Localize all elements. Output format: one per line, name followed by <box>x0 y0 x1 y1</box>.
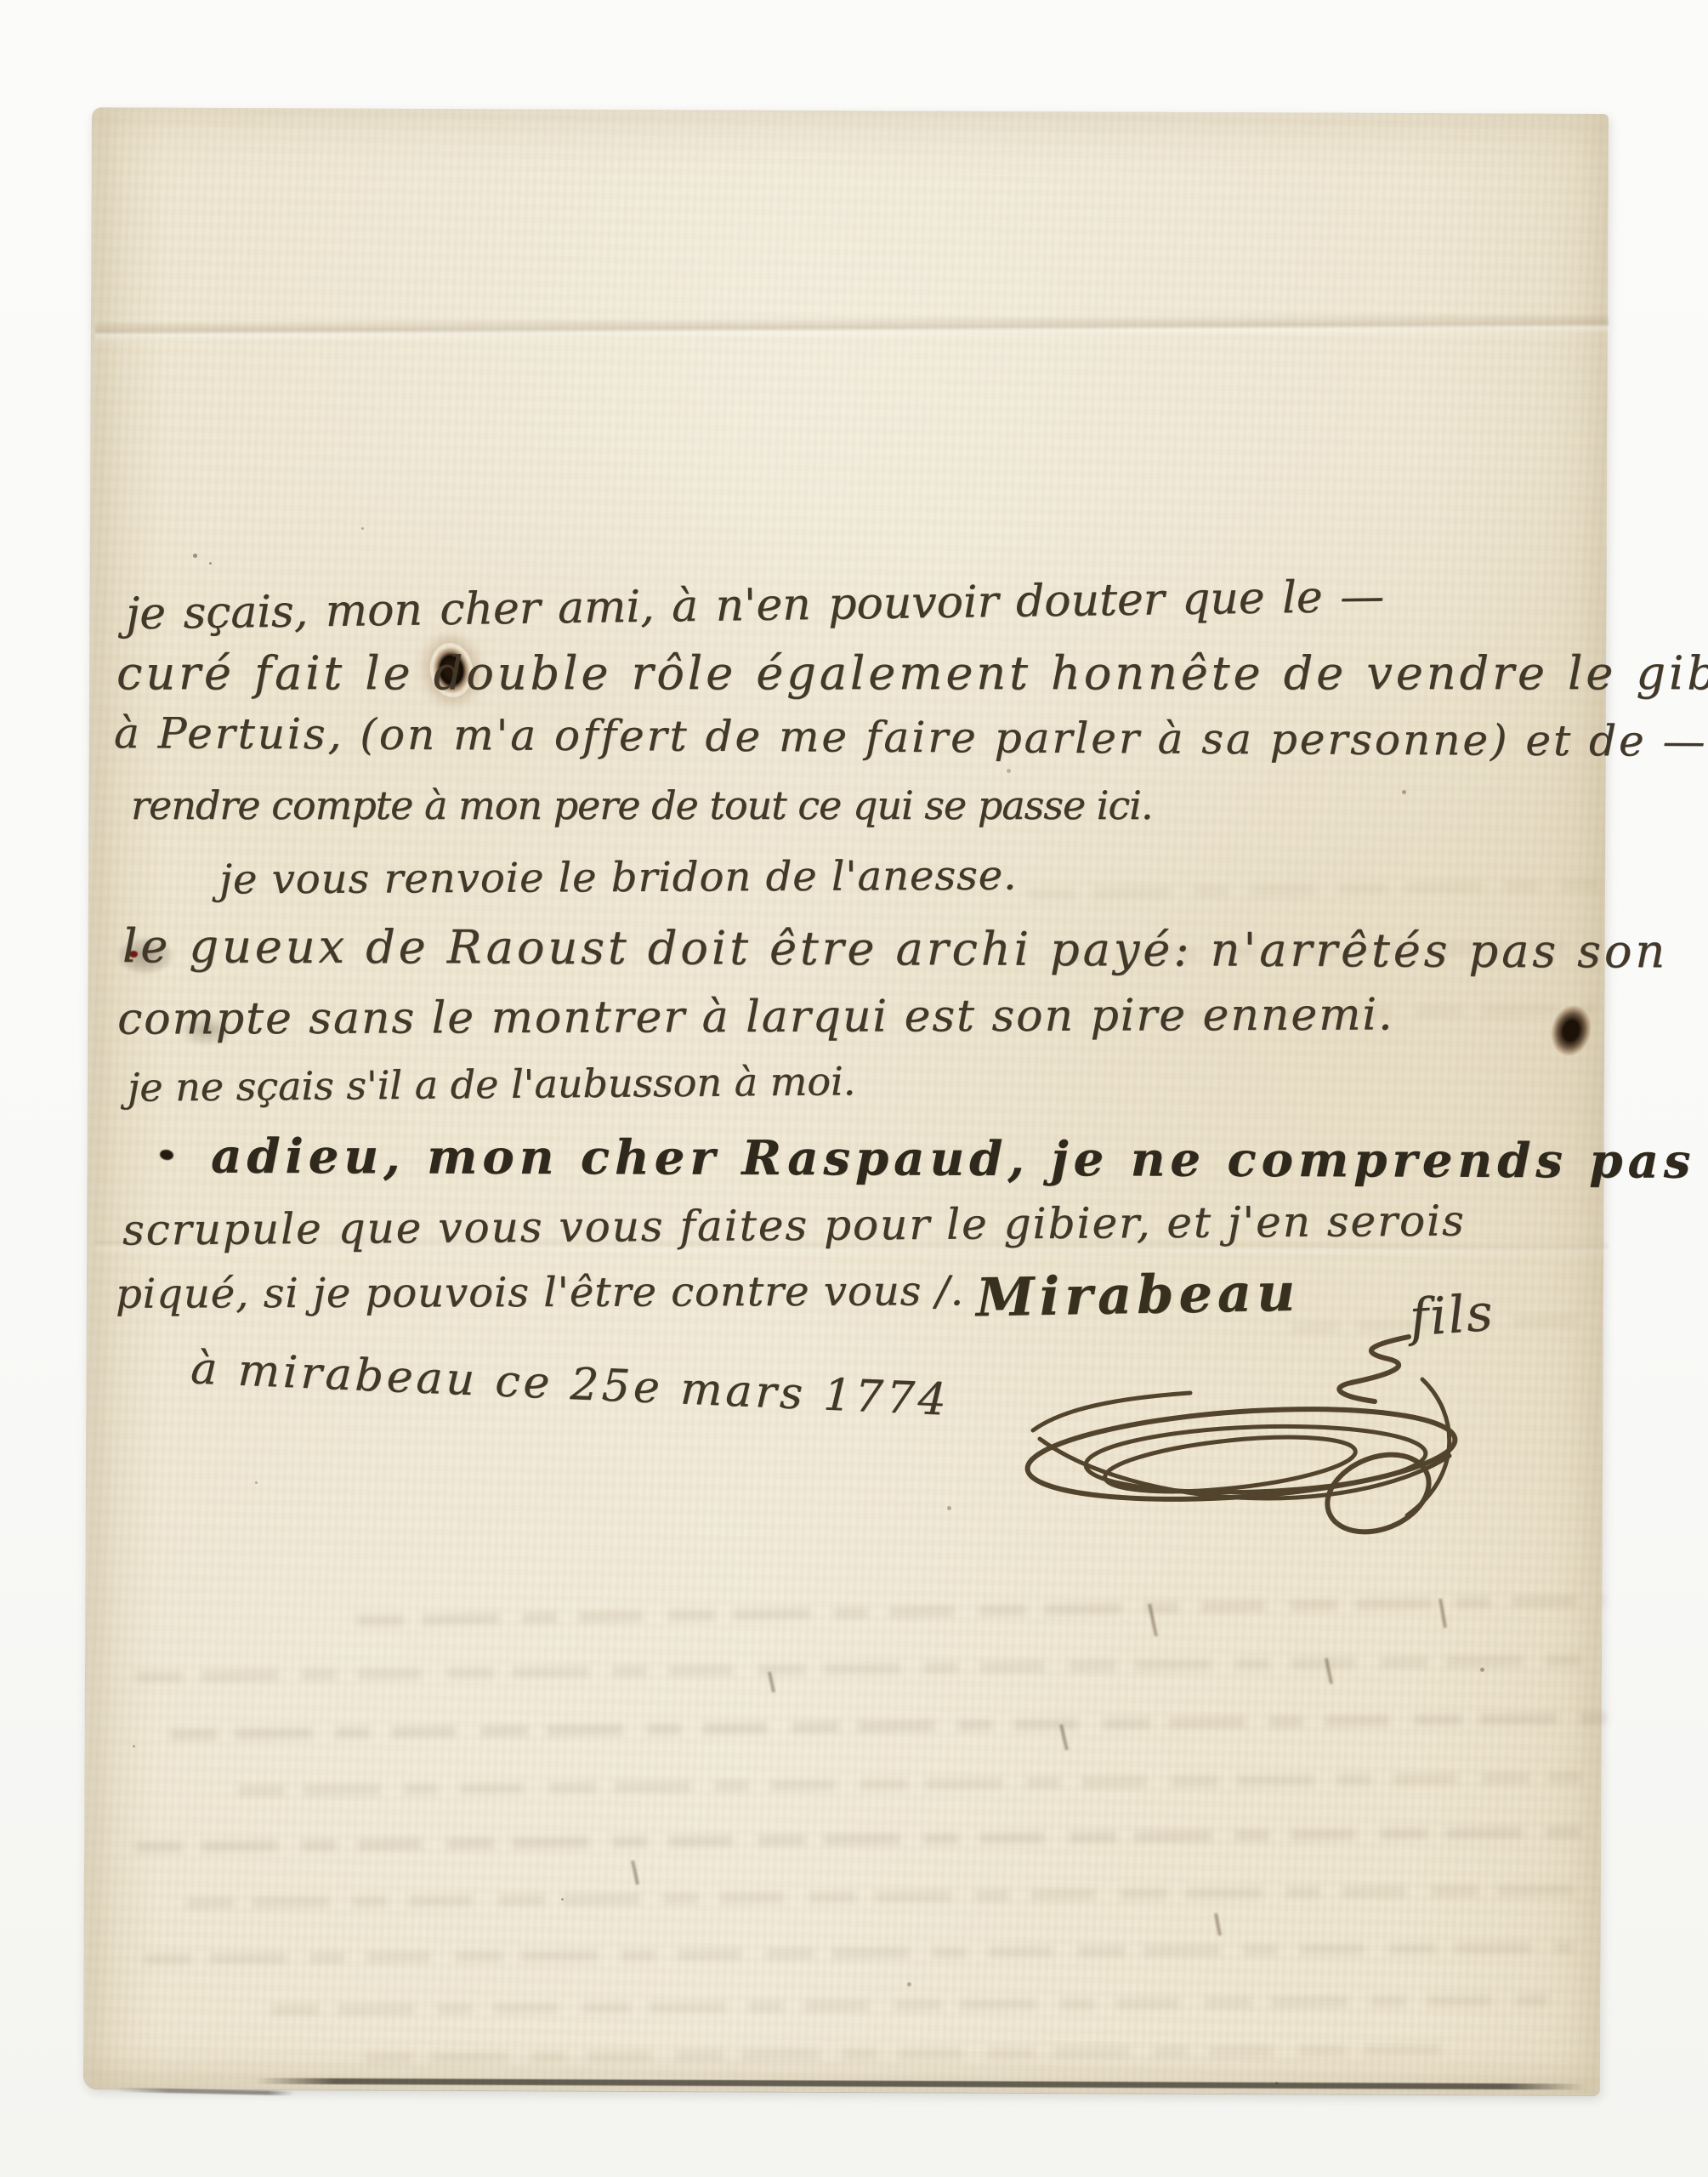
manuscript-line: piqué, si je pouvois l'être contre vous … <box>116 1267 964 1317</box>
signature-suffix: fils <box>1408 1283 1496 1349</box>
manuscript-line: rendre compte à mon pere de tout ce qui … <box>131 782 1153 828</box>
manuscript-line: scrupule que vous vous faites pour le gi… <box>122 1196 1466 1254</box>
manuscript-line: curé fait le double rôle également honnê… <box>116 646 1708 700</box>
signature-name: Mirabeau <box>975 1261 1300 1329</box>
manuscript-line: je ne sçais s'il a de l'aubusson à moi. <box>128 1058 856 1110</box>
manuscript-line: compte sans le montrer à larqui est son … <box>117 989 1394 1044</box>
manuscript-line: à Pertuis, (on m'a offert de me faire pa… <box>114 708 1708 766</box>
scanned-letter-image: je sçais, mon cher ami, à n'en pouvoir d… <box>0 0 1708 2177</box>
manuscript-line: le gueux de Raoust doit être archi payé:… <box>122 919 1668 978</box>
manuscript-line: adieu, mon cher Raspaud, je ne comprends… <box>211 1128 1708 1191</box>
manuscript-line: je vous renvoie le bridon de l'anesse. <box>219 852 1018 904</box>
paper-specks <box>0 0 3 3</box>
